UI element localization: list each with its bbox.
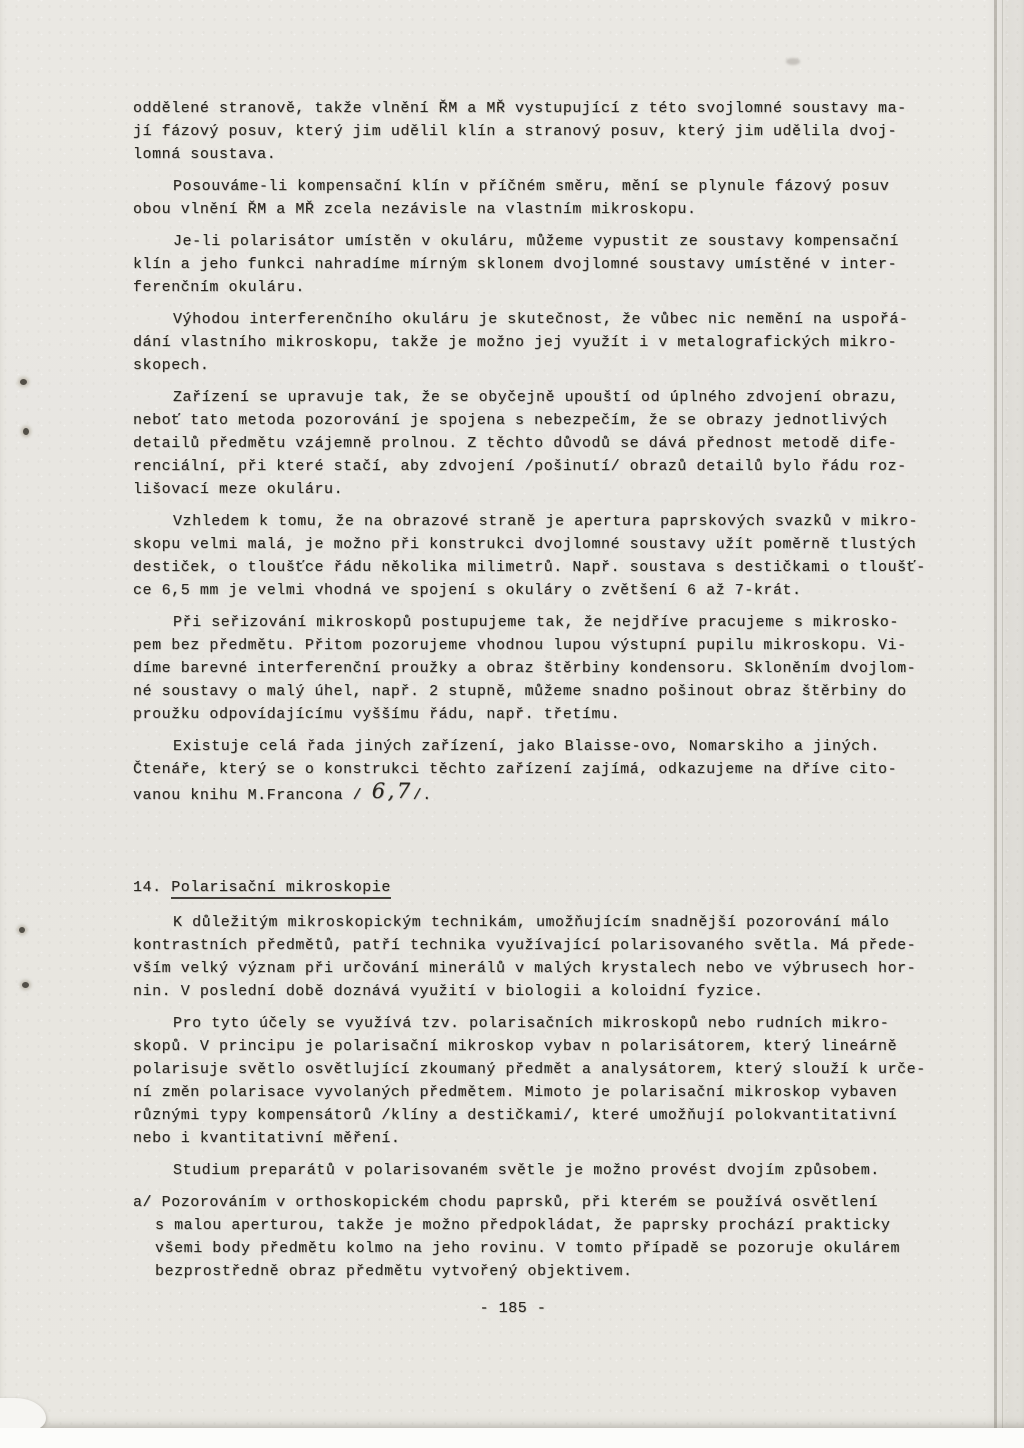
- text-line: Pro tyto účely se využívá tzv. polarisač…: [133, 1012, 933, 1035]
- paragraph: Vzhledem k tomu, že na obrazové straně j…: [133, 510, 933, 602]
- text-line: Studium preparátů v polarisovaném světle…: [133, 1159, 933, 1182]
- scan-background: [0, 1428, 1024, 1448]
- text-line: vším velký význam při určování minerálů …: [133, 957, 933, 980]
- paragraph: K důležitým mikroskopickým technikám, um…: [133, 911, 933, 1003]
- margin-speck: [19, 927, 25, 933]
- text-line: jí fázový posuv, který jim udělil klín a…: [133, 120, 933, 143]
- text-line: skopu velmi malá, je možno při konstrukc…: [133, 533, 933, 556]
- paragraph: Pro tyto účely se využívá tzv. polarisač…: [133, 1012, 933, 1150]
- text-line: ferenčním okuláru.: [133, 276, 933, 299]
- text-line: renciální, při které stačí, aby zdvojení…: [133, 455, 933, 478]
- text-line: různými typy kompensátorů /klíny a desti…: [133, 1104, 933, 1127]
- text-line: skopech.: [133, 354, 933, 377]
- text-line: nebo i kvantitativní měření.: [133, 1127, 933, 1150]
- paragraph: Je-li polarisátor umístěn v okuláru, můž…: [133, 230, 933, 299]
- text-line: Zařízení se upravuje tak, že se obyčejně…: [133, 386, 933, 409]
- text-line: K důležitým mikroskopickým technikám, um…: [133, 911, 933, 934]
- text-line: Čtenáře, který se o konstrukci těchto za…: [133, 758, 933, 781]
- text-line: Posouváme-li kompensační klín v příčném …: [133, 175, 933, 198]
- text-line: Existuje celá řada jiných zařízení, jako…: [133, 735, 933, 758]
- text-line: bezprostředně obraz předmětu vytvořený o…: [133, 1260, 933, 1283]
- text-line: ní změn polarisace vyvolaných předmětem.…: [133, 1081, 933, 1104]
- paragraph: Při seřizování mikroskopů postupujeme ta…: [133, 611, 933, 726]
- text-line: neboť tato metoda pozorování je spojena …: [133, 409, 933, 432]
- text-line: destiček, o tloušťce řádu několika milim…: [133, 556, 933, 579]
- text-line: Vzhledem k tomu, že na obrazové straně j…: [133, 510, 933, 533]
- scanned-page: oddělené stranově, takže vlnění ŘM a MŘ …: [0, 0, 1024, 1428]
- document-body: oddělené stranově, takže vlnění ŘM a MŘ …: [133, 97, 933, 1283]
- text-line: kontrastních předmětů, patří technika vy…: [133, 934, 933, 957]
- paragraph: Posouváme-li kompensační klín v příčném …: [133, 175, 933, 221]
- paragraph-with-citation: Existuje celá řada jiných zařízení, jako…: [133, 735, 933, 804]
- text-line: skopů. V principu je polarisační mikrosk…: [133, 1035, 933, 1058]
- paragraph: Výhodou interferenčního okuláru je skute…: [133, 308, 933, 377]
- margin-speck: [22, 982, 29, 988]
- text-line: s malou aperturou, takže je možno předpo…: [133, 1214, 933, 1237]
- page-corner-curl: [0, 1398, 46, 1432]
- section-title: Polarisační mikroskopie: [171, 879, 391, 899]
- paper-smudge: [786, 58, 800, 65]
- list-item-text: Pozorováním v orthoskopickém chodu paprs…: [162, 1194, 878, 1211]
- citation-prefix: vanou knihu M.Francona /: [133, 787, 372, 804]
- text-line: lomná soustava.: [133, 143, 933, 166]
- list-item-a: a/ Pozorováním v orthoskopickém chodu pa…: [133, 1191, 933, 1283]
- margin-speck: [23, 428, 29, 435]
- section-number: 14.: [133, 879, 162, 896]
- handwritten-reference-numbers: 6,7: [372, 779, 413, 803]
- page-edge-shadow: [986, 0, 1024, 1428]
- citation-line: vanou knihu M.Francona / 6,7/.: [133, 781, 933, 804]
- text-line: detailů předmětu vzájemně prolnou. Z těc…: [133, 432, 933, 455]
- page-number: - 185 -: [133, 1300, 893, 1317]
- section-heading: 14. Polarisační mikroskopie: [133, 876, 933, 899]
- text-line: Při seřizování mikroskopů postupujeme ta…: [133, 611, 933, 634]
- margin-speck: [20, 379, 27, 385]
- text-line: pem bez předmětu. Přitom pozorujeme vhod…: [133, 634, 933, 657]
- text-line: polarisuje světlo osvětlující zkoumaný p…: [133, 1058, 933, 1081]
- text-line: a/ Pozorováním v orthoskopickém chodu pa…: [133, 1191, 933, 1214]
- text-line: nin. V poslední době doznává využití v b…: [133, 980, 933, 1003]
- page-edge-line: [1002, 0, 1003, 1428]
- text-line: ce 6,5 mm je velmi vhodná ve spojení s o…: [133, 579, 933, 602]
- text-line: Výhodou interferenčního okuláru je skute…: [133, 308, 933, 331]
- list-marker: a/: [133, 1194, 162, 1211]
- text-line: obou vlnění ŘM a MŘ zcela nezávisle na v…: [133, 198, 933, 221]
- text-line: proužku odpovídajícímu vyššímu řádu, nap…: [133, 703, 933, 726]
- paragraph: Studium preparátů v polarisovaném světle…: [133, 1159, 933, 1182]
- page-edge-line: [994, 0, 997, 1428]
- text-line: klín a jeho funkci nahradíme mírným sklo…: [133, 253, 933, 276]
- text-line: Je-li polarisátor umístěn v okuláru, můž…: [133, 230, 933, 253]
- text-line: oddělené stranově, takže vlnění ŘM a MŘ …: [133, 97, 933, 120]
- text-line: všemi body předmětu kolmo na jeho rovinu…: [133, 1237, 933, 1260]
- text-line: dání vlastního mikroskopu, takže je možn…: [133, 331, 933, 354]
- citation-suffix: /.: [413, 787, 432, 804]
- paragraph: Zařízení se upravuje tak, že se obyčejně…: [133, 386, 933, 501]
- paragraph-continuation: oddělené stranově, takže vlnění ŘM a MŘ …: [133, 97, 933, 166]
- text-line: lišovací meze okuláru.: [133, 478, 933, 501]
- text-line: né soustavy o malý úhel, např. 2 stupně,…: [133, 680, 933, 703]
- text-line: díme barevné interferenční proužky a obr…: [133, 657, 933, 680]
